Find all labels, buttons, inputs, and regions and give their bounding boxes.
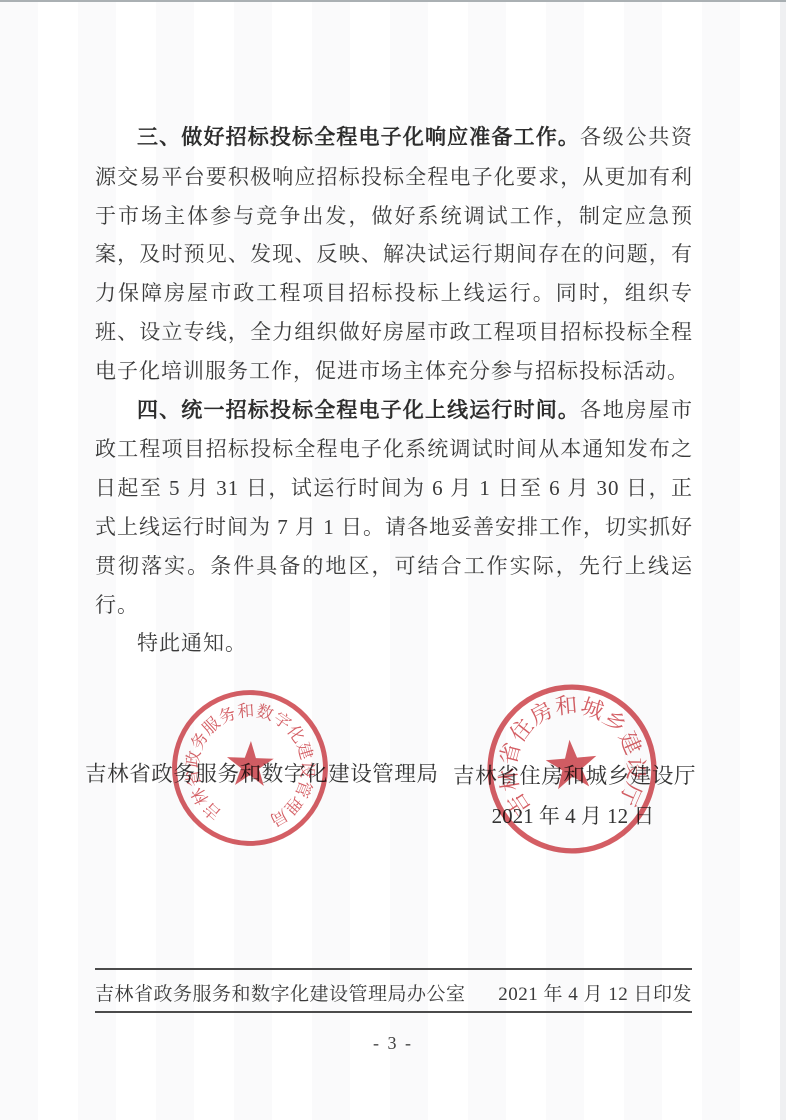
page-number: - 3 -: [0, 1033, 786, 1054]
seal-star-icon: [544, 738, 599, 791]
closing-line: 特此通知。: [95, 624, 693, 663]
footer-rule-bottom: [95, 1011, 692, 1013]
official-seal-right: 吉林省住房和城乡建设厅: [476, 673, 669, 866]
document-page: 三、做好招标投标全程电子化响应准备工作。各级公共资源交易平台要积极响应招标投标全…: [0, 0, 786, 1120]
paragraph-section-4: 四、统一招标投标全程电子化上线运行时间。各地房屋市政工程项目招标投标全程电子化系…: [95, 391, 693, 625]
footer-rule-top: [95, 968, 692, 970]
seal-star-icon: [226, 740, 274, 786]
colophon-issuer: 吉林省政务服务和数字化建设管理局办公室: [95, 979, 466, 1006]
scan-right-edge-artifact: [780, 0, 786, 1120]
section-4-text: 各地房屋市政工程项目招标投标全程电子化系统调试时间从本通知发布之日起至 5 月 …: [95, 398, 693, 617]
paragraph-section-3: 三、做好招标投标全程电子化响应准备工作。各级公共资源交易平台要积极响应招标投标全…: [95, 118, 693, 391]
section-3-text: 各级公共资源交易平台要积极响应招标投标全程电子化要求，从更加有利于市场主体参与竞…: [95, 125, 693, 383]
notice-body: 三、做好招标投标全程电子化响应准备工作。各级公共资源交易平台要积极响应招标投标全…: [95, 118, 693, 663]
section-3-heading: 三、做好招标投标全程电子化响应准备工作。: [137, 126, 580, 149]
scan-top-edge-artifact: [0, 0, 786, 2]
section-4-heading: 四、统一招标投标全程电子化上线运行时间。: [137, 399, 580, 422]
colophon-row: 吉林省政务服务和数字化建设管理局办公室 2021 年 4 月 12 日印发: [95, 981, 692, 1003]
official-seal-left: 吉林省政务服务和数字化建设管理局: [165, 683, 335, 853]
closing-text: 特此通知。: [137, 631, 247, 655]
colophon-print-date: 2021 年 4 月 12 日印发: [498, 979, 692, 1006]
